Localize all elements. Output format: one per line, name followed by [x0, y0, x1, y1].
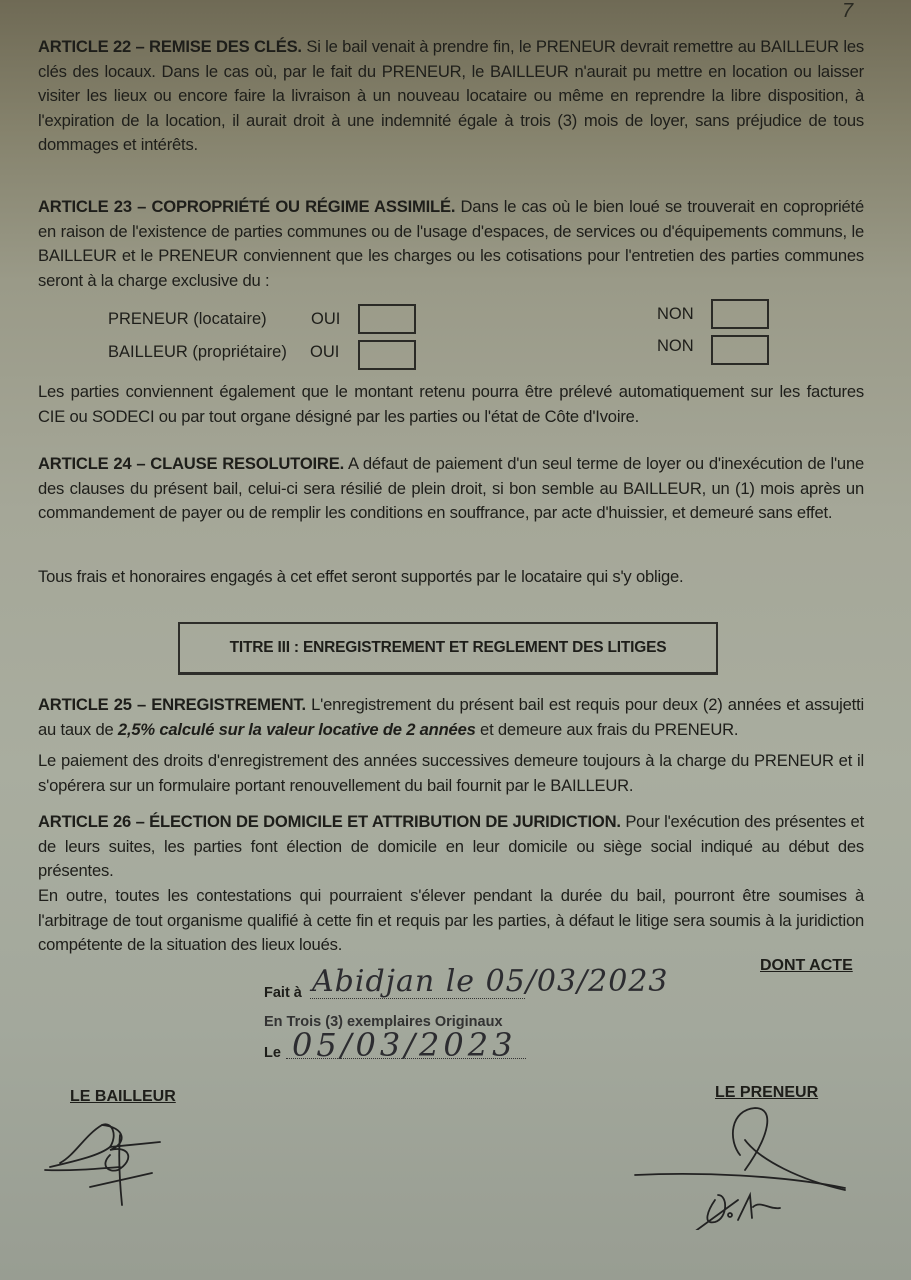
article-22-heading: ARTICLE 22 – REMISE DES CLÉS. — [38, 37, 302, 56]
article-23-text2: Les parties conviennent également que le… — [38, 380, 864, 429]
article-24-heading: ARTICLE 24 – CLAUSE RESOLUTOIRE. — [38, 454, 344, 473]
article-26: ARTICLE 26 – ÉLECTION DE DOMICILE ET ATT… — [38, 810, 864, 884]
checkbox-bailleur-oui[interactable] — [358, 340, 416, 370]
article-23: ARTICLE 23 – COPROPRIÉTÉ OU RÉGIME ASSIM… — [38, 195, 864, 293]
le-label: Le — [264, 1045, 281, 1061]
article-25-text-b: et demeure aux frais du PRENEUR. — [476, 720, 739, 739]
article-26-text2: En outre, toutes les contestations qui p… — [38, 884, 864, 958]
option-preneur-label: PRENEUR (locataire) — [108, 310, 267, 329]
option-bailleur-label: BAILLEUR (propriétaire) — [108, 343, 287, 362]
article-22: ARTICLE 22 – REMISE DES CLÉS. Si le bail… — [38, 35, 864, 158]
bailleur-signature — [40, 1115, 190, 1210]
section-title-box: TITRE III : ENREGISTREMENT ET REGLEMENT … — [178, 622, 718, 674]
option-preneur-non-label: NON — [657, 305, 694, 324]
checkbox-preneur-oui[interactable] — [358, 304, 416, 334]
article-26-heading: ARTICLE 26 – ÉLECTION DE DOMICILE ET ATT… — [38, 812, 621, 831]
fait-a-label: Fait à — [264, 985, 302, 1001]
article-24-text2: Tous frais et honoraires engagés à cet e… — [38, 565, 864, 590]
le-handwritten: 05/03/2023 — [292, 1026, 516, 1064]
article-25-text-bold: 2,5% calculé sur la valeur locative de 2… — [118, 720, 476, 739]
article-25-text2: Le paiement des droits d'enregistrement … — [38, 749, 864, 798]
article-25-heading: ARTICLE 25 – ENREGISTREMENT. — [38, 695, 306, 714]
checkbox-bailleur-non[interactable] — [711, 335, 769, 365]
option-bailleur-non-label: NON — [657, 337, 694, 356]
dont-acte: DONT ACTE — [760, 957, 853, 975]
article-24: ARTICLE 24 – CLAUSE RESOLUTOIRE. A défau… — [38, 452, 864, 526]
section-title: TITRE III : ENREGISTREMENT ET REGLEMENT … — [230, 639, 667, 657]
bailleur-label: LE BAILLEUR — [70, 1088, 176, 1106]
article-25: ARTICLE 25 – ENREGISTREMENT. L'enregistr… — [38, 693, 864, 742]
option-bailleur-oui-label: OUI — [310, 343, 339, 362]
preneur-signature — [620, 1100, 860, 1230]
article-23-heading: ARTICLE 23 – COPROPRIÉTÉ OU RÉGIME ASSIM… — [38, 197, 455, 216]
checkbox-preneur-non[interactable] — [711, 299, 769, 329]
fait-a-handwritten: Abidjan le 05/03/2023 — [312, 964, 669, 999]
page-number: 7 — [842, 0, 853, 23]
option-preneur-oui-label: OUI — [311, 310, 340, 329]
